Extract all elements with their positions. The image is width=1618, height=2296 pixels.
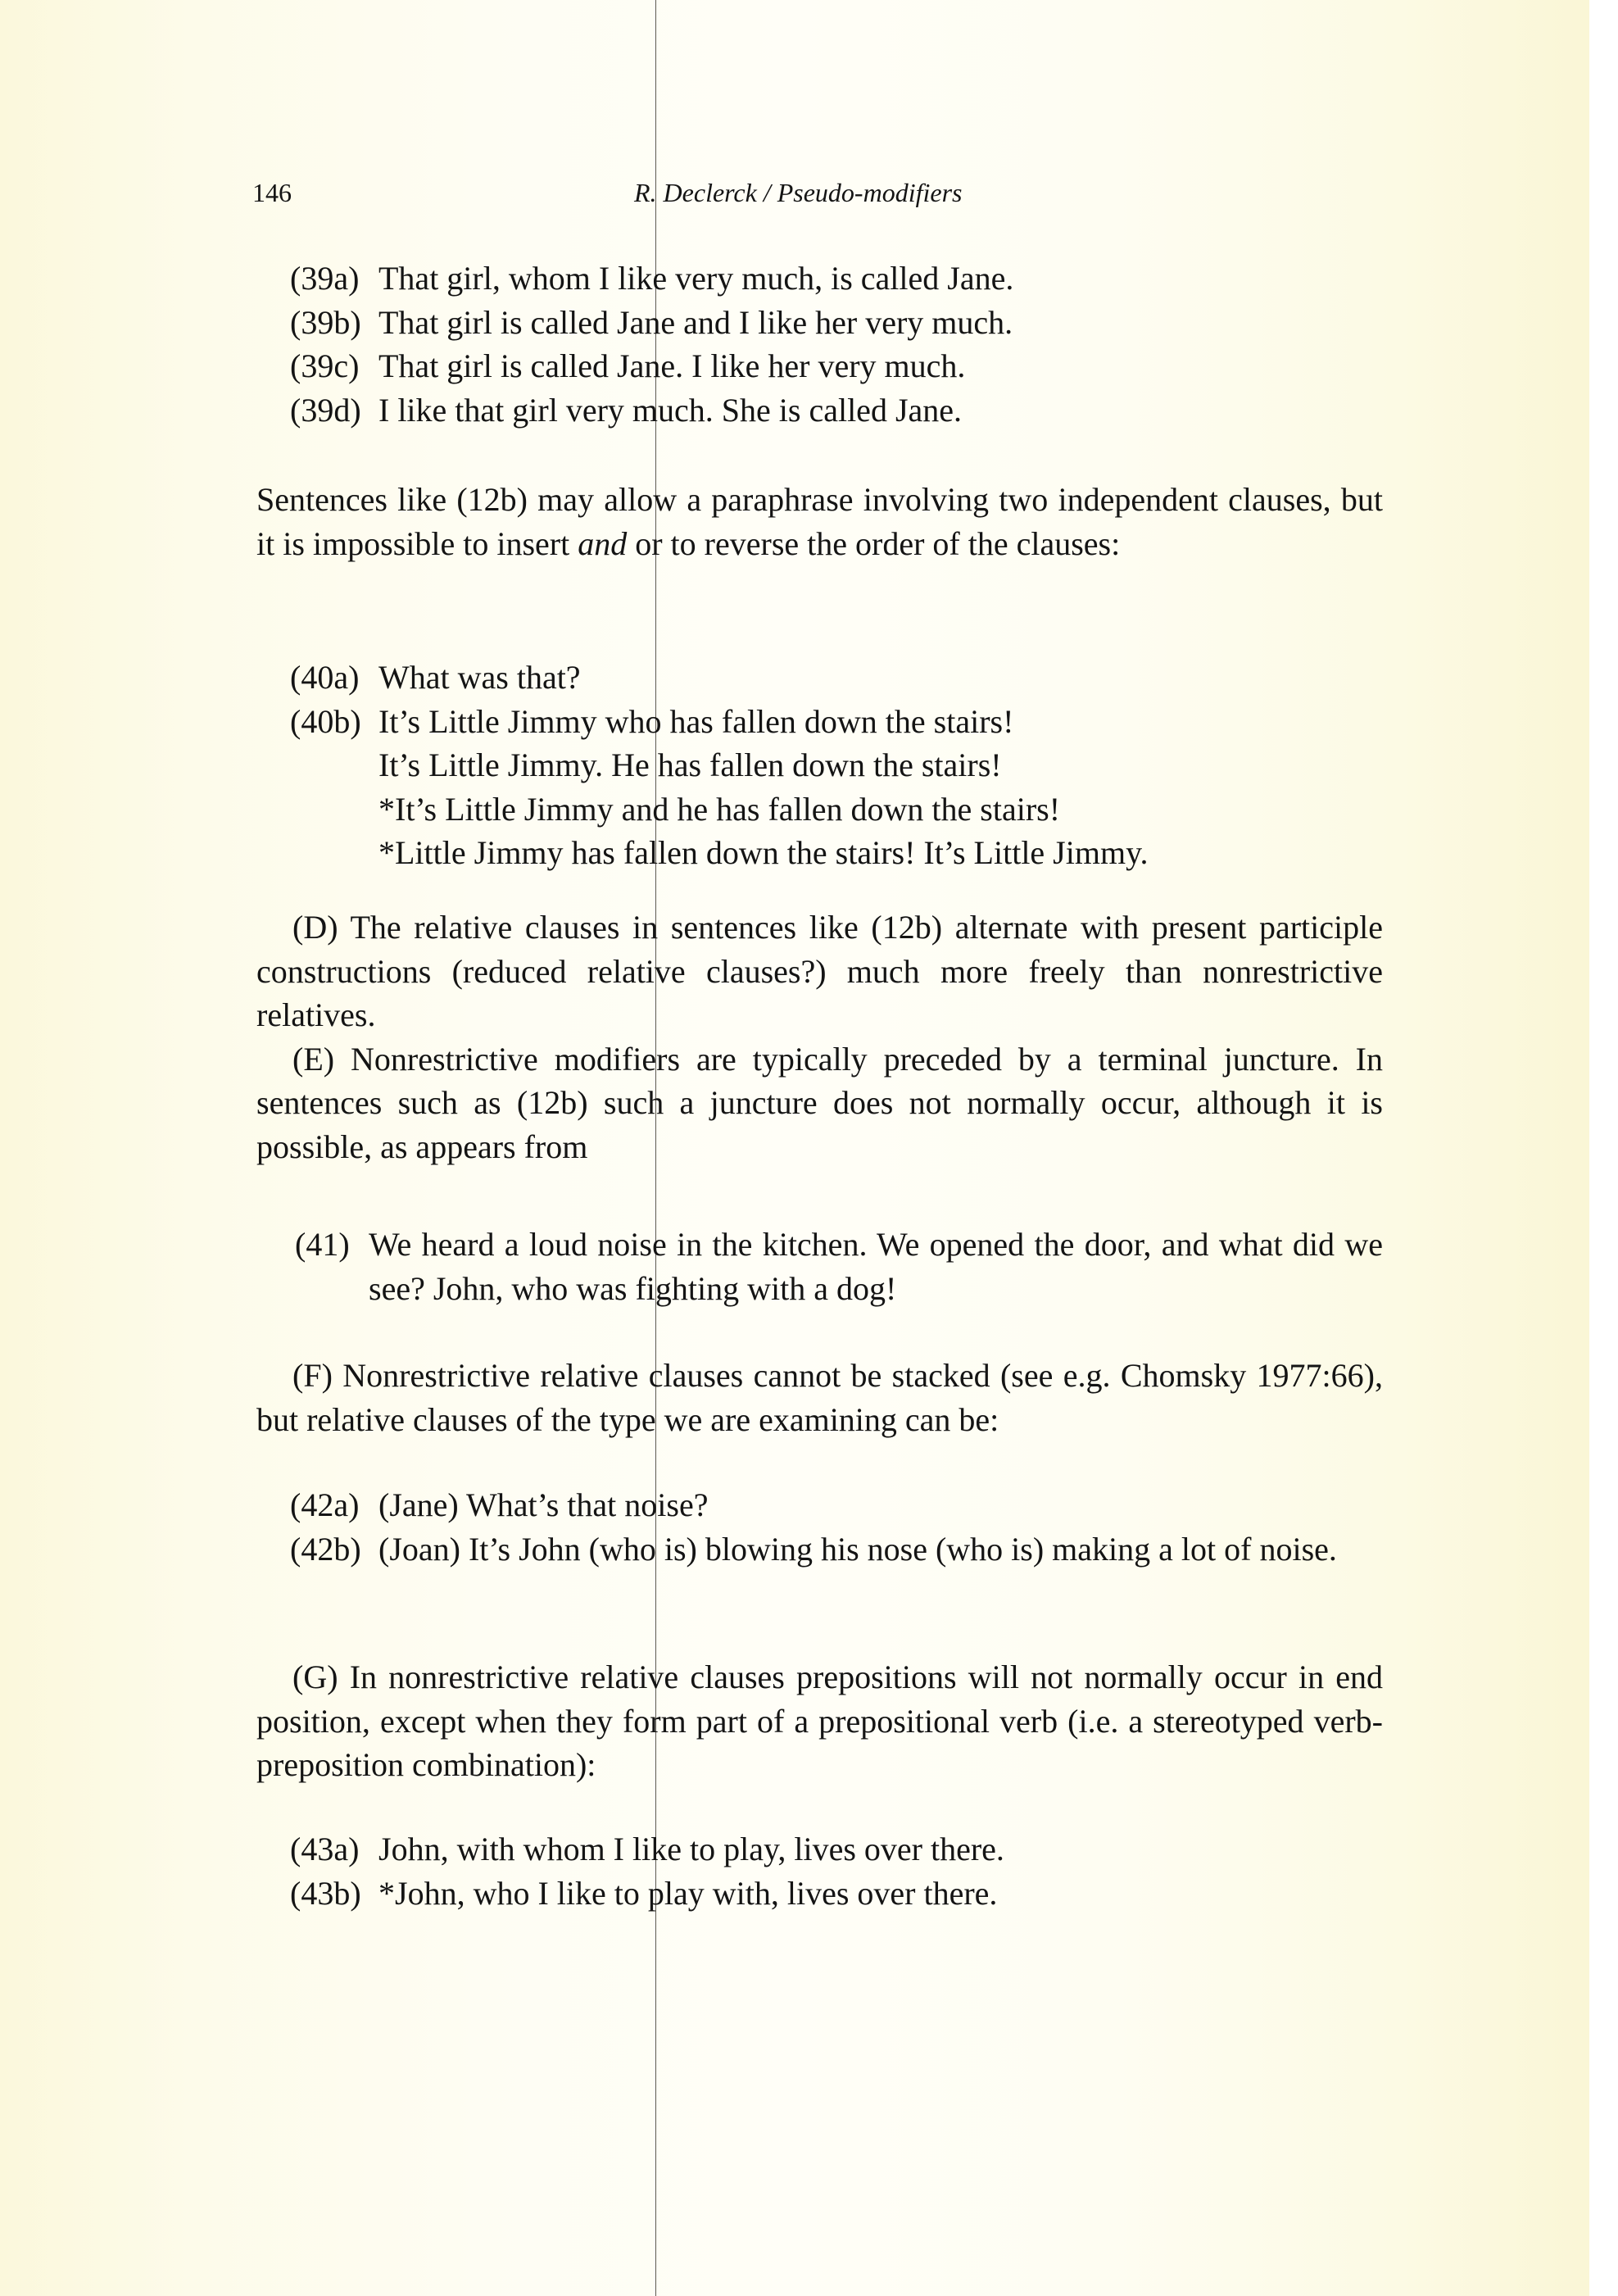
example-label: (42a) xyxy=(290,1483,359,1527)
example-43: (43a)John, with whom I like to play, liv… xyxy=(256,1827,1383,1915)
example-text: John, with whom I like to play, lives ov… xyxy=(378,1831,1004,1867)
example-line: It’s Little Jimmy who has fallen down th… xyxy=(378,700,1383,744)
paragraph-g-block: (G) In nonrestrictive relative clauses p… xyxy=(256,1655,1383,1787)
example-text: We heard a loud noise in the kitchen. We… xyxy=(369,1226,1383,1307)
example-41: (41)We heard a loud noise in the kitchen… xyxy=(256,1223,1383,1310)
example-39b: (39b)That girl is called Jane and I like… xyxy=(256,301,1383,345)
example-line: It’s Little Jimmy. He has fallen down th… xyxy=(378,743,1383,787)
example-label: (43b) xyxy=(290,1872,361,1916)
paragraph-d: (D) The relative clauses in sentences li… xyxy=(256,905,1383,1037)
example-text: (Joan) It’s John (who is) blowing his no… xyxy=(378,1531,1337,1568)
page-number: 146 xyxy=(252,176,292,209)
paragraph-f-block: (F) Nonrestrictive relative clauses cann… xyxy=(256,1354,1383,1441)
example-41-item: (41)We heard a loud noise in the kitchen… xyxy=(256,1223,1383,1310)
example-40: (40a)What was that? (40b)It’s Little Jim… xyxy=(256,656,1383,875)
italic-and: and xyxy=(578,525,627,562)
example-text: (Jane) What’s that noise? xyxy=(378,1486,708,1523)
example-text: That girl, whom I like very much, is cal… xyxy=(378,260,1013,297)
paragraph-e: (E) Nonrestrictive modifiers are typical… xyxy=(256,1037,1383,1169)
paragraphs-d-e: (D) The relative clauses in sentences li… xyxy=(256,905,1383,1168)
example-label: (39c) xyxy=(290,344,359,388)
paragraph-sentences: Sentences like (12b) may allow a paraphr… xyxy=(256,478,1383,565)
example-42a: (42a)(Jane) What’s that noise? xyxy=(256,1483,1383,1527)
running-head: 146 R. Declerck / Pseudo-modifiers xyxy=(252,176,1383,209)
example-42: (42a)(Jane) What’s that noise? (42b)(Joa… xyxy=(256,1483,1383,1571)
example-label: (39b) xyxy=(290,301,361,345)
paragraph-g: (G) In nonrestrictive relative clauses p… xyxy=(256,1655,1383,1787)
example-label: (43a) xyxy=(290,1827,359,1872)
example-43b: (43b)*John, who I like to play with, liv… xyxy=(256,1872,1383,1916)
example-text: I like that girl very much. She is calle… xyxy=(378,392,962,429)
example-label: (40a) xyxy=(290,656,359,700)
example-42b: (42b)(Joan) It’s John (who is) blowing h… xyxy=(256,1527,1383,1572)
example-40b: (40b)It’s Little Jimmy who has fallen do… xyxy=(256,700,1383,875)
example-39c: (39c)That girl is called Jane. I like he… xyxy=(256,344,1383,388)
example-text: *John, who I like to play with, lives ov… xyxy=(378,1875,997,1912)
running-title: R. Declerck / Pseudo-modifiers xyxy=(634,176,962,209)
example-39d: (39d)I like that girl very much. She is … xyxy=(256,388,1383,433)
example-label: (42b) xyxy=(290,1527,361,1572)
example-label: (39d) xyxy=(290,388,361,433)
paragraph-f: (F) Nonrestrictive relative clauses cann… xyxy=(256,1354,1383,1441)
example-label: (40b) xyxy=(290,700,361,744)
example-line: *It’s Little Jimmy and he has fallen dow… xyxy=(378,787,1383,832)
example-39: (39a)That girl, whom I like very much, i… xyxy=(256,256,1383,432)
example-text: That girl is called Jane. I like her ver… xyxy=(378,347,965,384)
paragraph-text-part: or to reverse the order of the clauses: xyxy=(627,525,1120,562)
example-text: That girl is called Jane and I like her … xyxy=(378,304,1013,341)
example-label: (41) xyxy=(295,1223,350,1267)
example-39a: (39a)That girl, whom I like very much, i… xyxy=(256,256,1383,301)
example-line: *Little Jimmy has fallen down the stairs… xyxy=(378,831,1383,875)
example-label: (39a) xyxy=(290,256,359,301)
example-text: What was that? xyxy=(378,659,581,696)
example-43a: (43a)John, with whom I like to play, liv… xyxy=(256,1827,1383,1872)
example-40a: (40a)What was that? xyxy=(256,656,1383,700)
paragraph-text: Sentences like (12b) may allow a paraphr… xyxy=(256,478,1383,565)
